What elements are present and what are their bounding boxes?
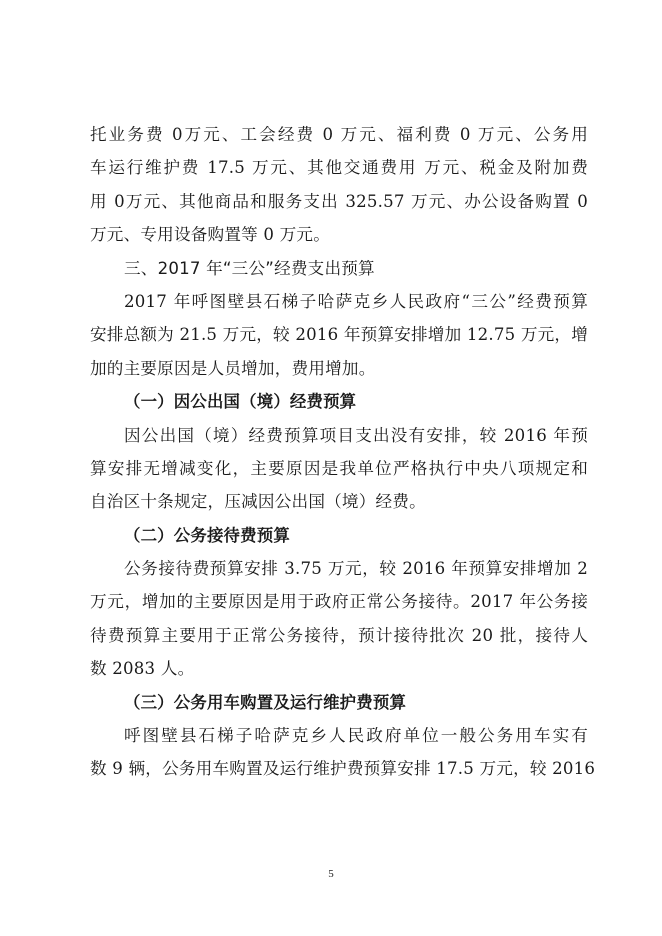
paragraph-line: 算安排无增减变化，主要原因是我单位严格执行中央八项规定和 (90, 452, 588, 485)
paragraph-line: 2017 年呼图壁县石梯子哈萨克乡人民政府“三公”经费预算 (90, 285, 588, 318)
subheading-reception-budget: （二）公务接待费预算 (90, 519, 588, 552)
paragraph-line: 数 2083 人。 (90, 652, 588, 685)
paragraph-line: 万元，增加的主要原因是用于政府正常公务接待。2017 年公务接 (90, 585, 588, 618)
paragraph-line: 数 9 辆，公务用车购置及运行维护费预算安排 17.5 万元，较 2016 (90, 752, 588, 785)
page-number: 5 (0, 868, 662, 880)
document-page: 托业务费 0万元、工会经费 0 万元、福利费 0 万元、公务用 车运行维护费 1… (90, 118, 588, 786)
paragraph-line: 用 0万元、其他商品和服务支出 325.57 万元、办公设备购置 0 (90, 185, 588, 218)
paragraph-line: 呼图壁县石梯子哈萨克乡人民政府单位一般公务用车实有 (90, 719, 588, 752)
section-heading-three-public-expenses: 三、2017 年“三公”经费支出预算 (90, 252, 588, 285)
paragraph-line: 因公出国（境）经费预算项目支出没有安排，较 2016 年预 (90, 419, 588, 452)
paragraph-line: 车运行维护费 17.5 万元、其他交通费用 万元、税金及附加费 (90, 151, 588, 184)
subheading-vehicle-budget: （三）公务用车购置及运行维护费预算 (90, 686, 588, 719)
paragraph-line: 万元、专用设备购置等 0 万元。 (90, 218, 588, 251)
paragraph-line: 加的主要原因是人员增加，费用增加。 (90, 352, 588, 385)
paragraph-line: 托业务费 0万元、工会经费 0 万元、福利费 0 万元、公务用 (90, 118, 588, 151)
paragraph-line: 公务接待费预算安排 3.75 万元，较 2016 年预算安排增加 2 (90, 552, 588, 585)
paragraph-line: 待费预算主要用于正常公务接待，预计接待批次 20 批，接待人 (90, 619, 588, 652)
paragraph-line: 自治区十条规定，压减因公出国（境）经费。 (90, 485, 588, 518)
subheading-overseas-travel-budget: （一）因公出国（境）经费预算 (90, 385, 588, 418)
paragraph-line: 安排总额为 21.5 万元，较 2016 年预算安排增加 12.75 万元，增 (90, 318, 588, 351)
